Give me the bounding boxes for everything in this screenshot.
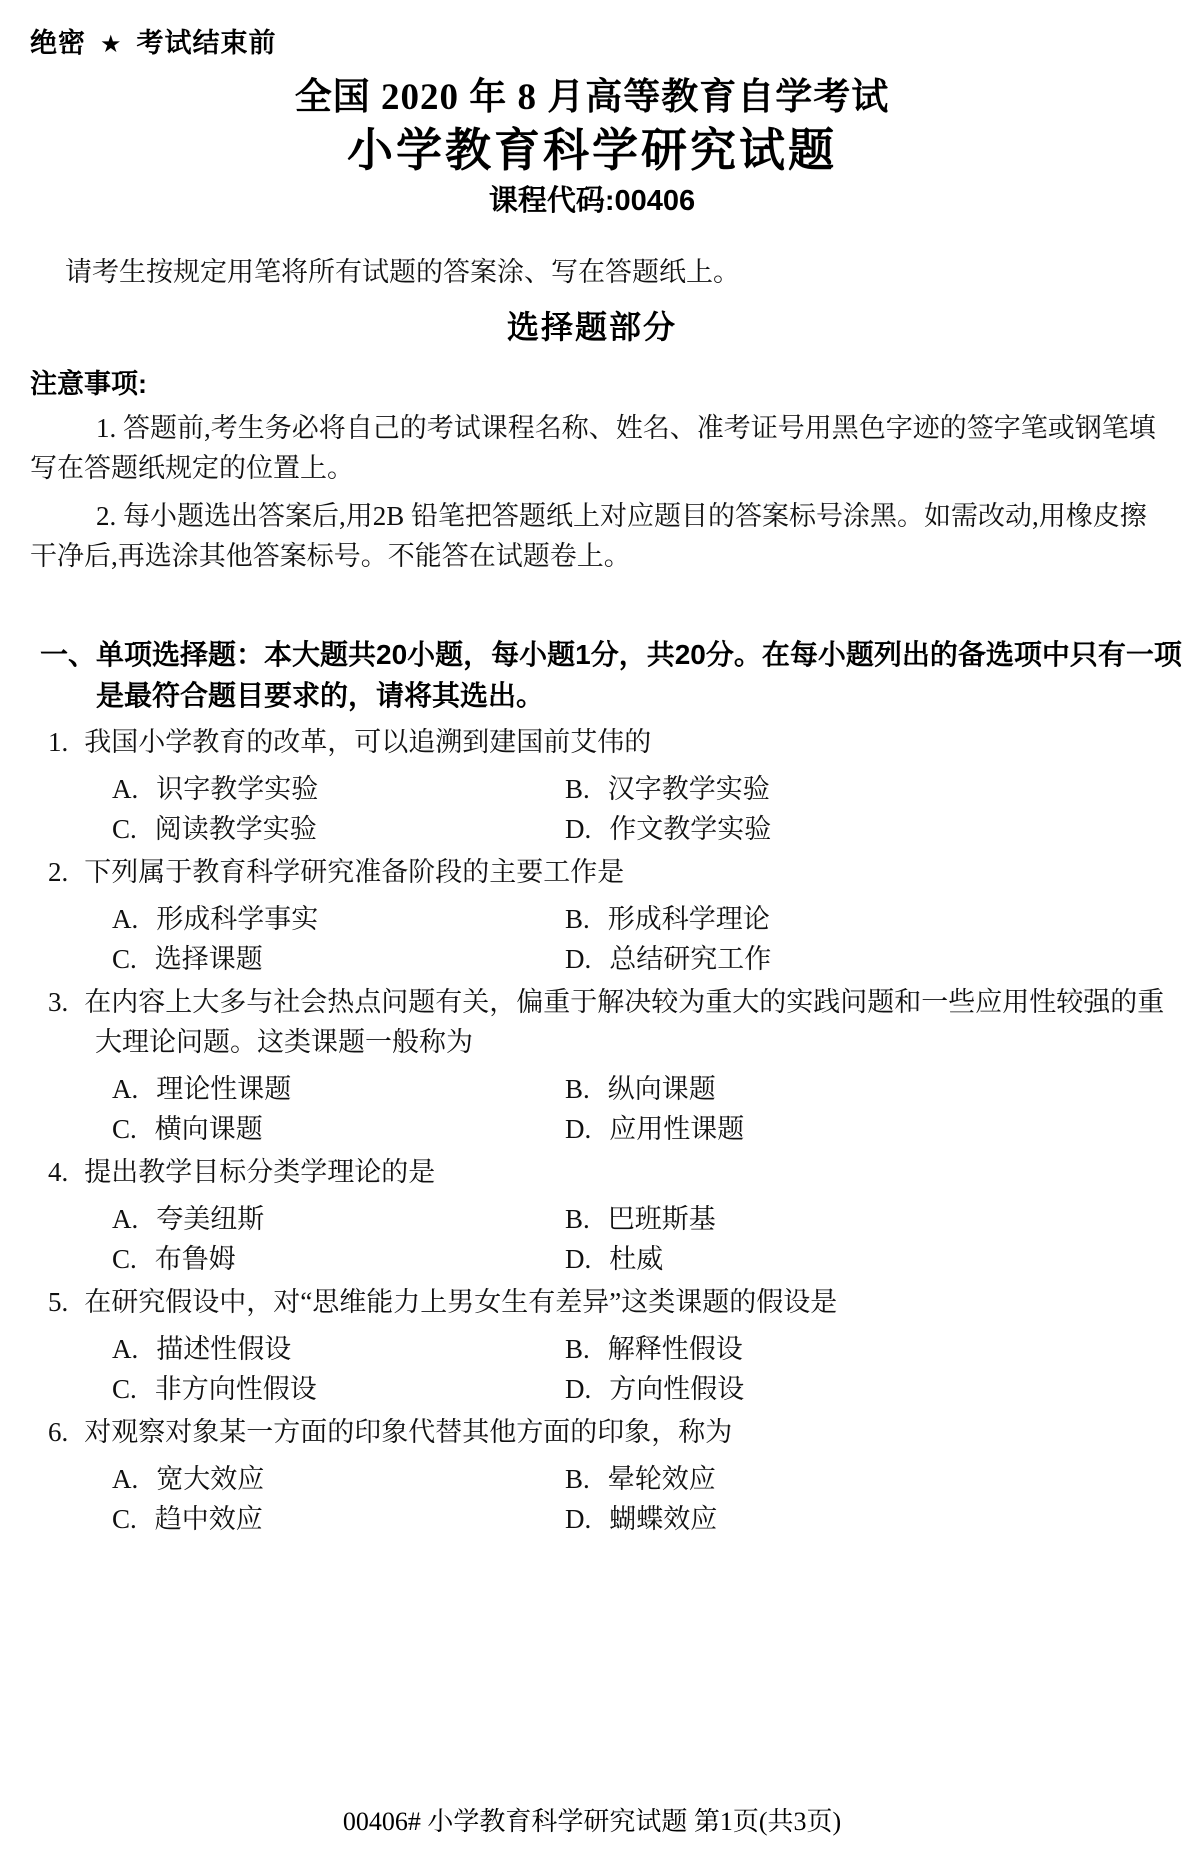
question-item-1: 1.我国小学教育的改革，可以追溯到建国前艾伟的 A.识字教学实验 B.汉字教学实… [48, 722, 1184, 849]
question-item-4: 4.提出教学目标分类学理论的是 A.夸美纽斯 B.巴班斯基 C.布鲁姆 D.杜威 [48, 1152, 1184, 1279]
note-item-2: 2. 每小题选出答案后,用2B 铅笔把答题纸上对应题目的答案标号涂黑。如需改动,… [30, 496, 1156, 576]
option-b: B.解释性假设 [565, 1329, 1184, 1369]
question-text: 我国小学教育的改革，可以追溯到建国前艾伟的 [84, 727, 651, 757]
question-number: 4. [48, 1157, 68, 1187]
option-grid: A.描述性假设 B.解释性假设 C.非方向性假设 D.方向性假设 [112, 1329, 1184, 1409]
option-text: 解释性假设 [608, 1334, 743, 1364]
option-letter: D. [565, 1374, 591, 1404]
option-letter: D. [565, 1114, 591, 1144]
answer-instruction: 请考生按规定用笔将所有试题的答案涂、写在答题纸上。 [65, 254, 1154, 290]
option-letter: A. [112, 1204, 138, 1234]
option-d: D.作文教学实验 [565, 809, 1184, 849]
question-list: 1.我国小学教育的改革，可以追溯到建国前艾伟的 A.识字教学实验 B.汉字教学实… [48, 722, 1184, 1539]
option-text: 应用性课题 [609, 1114, 744, 1144]
option-text: 蝴蝶效应 [609, 1504, 717, 1534]
section-heading-number: 一、 [40, 639, 96, 670]
option-text: 非方向性假设 [155, 1374, 317, 1404]
option-text: 晕轮效应 [608, 1464, 716, 1494]
option-c: C.选择课题 [112, 939, 565, 979]
option-letter: C. [112, 814, 137, 844]
option-d: D.应用性课题 [565, 1109, 1184, 1149]
option-letter: A. [112, 1074, 138, 1104]
option-letter: C. [112, 1114, 137, 1144]
option-letter: D. [565, 944, 591, 974]
option-text: 总结研究工作 [609, 944, 771, 974]
question-item-5: 5.在研究假设中，对“思维能力上男女生有差异”这类课题的假设是 A.描述性假设 … [48, 1282, 1184, 1409]
option-text: 宽大效应 [156, 1464, 264, 1494]
classification-timing: 考试结束前 [137, 28, 277, 58]
option-a: A.夸美纽斯 [112, 1199, 565, 1239]
question-text: 在内容上大多与社会热点问题有关，偏重于解决较为重大的实践问题和一些应用性较强的重… [84, 987, 1164, 1057]
question-item-6: 6.对观察对象某一方面的印象代替其他方面的印象，称为 A.宽大效应 B.晕轮效应… [48, 1412, 1184, 1539]
option-c: C.横向课题 [112, 1109, 565, 1149]
option-letter: D. [565, 814, 591, 844]
notes-title: 注意事项: [30, 368, 1184, 400]
question-stem: 4.提出教学目标分类学理论的是 [48, 1152, 1184, 1192]
star-icon: ★ [100, 31, 123, 58]
question-number: 6. [48, 1417, 68, 1447]
option-letter: B. [565, 1074, 590, 1104]
question-item-3: 3.在内容上大多与社会热点问题有关，偏重于解决较为重大的实践问题和一些应用性较强… [48, 982, 1184, 1149]
question-stem: 1.我国小学教育的改革，可以追溯到建国前艾伟的 [48, 722, 1184, 762]
option-text: 阅读教学实验 [155, 814, 317, 844]
option-b: B.巴班斯基 [565, 1199, 1184, 1239]
option-text: 巴班斯基 [608, 1204, 716, 1234]
option-letter: B. [565, 904, 590, 934]
question-text: 下列属于教育科学研究准备阶段的主要工作是 [84, 857, 624, 887]
option-letter: C. [112, 944, 137, 974]
option-a: A.宽大效应 [112, 1459, 565, 1499]
option-text: 夸美纽斯 [156, 1204, 264, 1234]
option-letter: D. [565, 1244, 591, 1274]
option-c: C.布鲁姆 [112, 1239, 565, 1279]
question-stem: 6.对观察对象某一方面的印象代替其他方面的印象，称为 [48, 1412, 1184, 1452]
option-grid: A.形成科学事实 B.形成科学理论 C.选择课题 D.总结研究工作 [112, 899, 1184, 979]
option-d: D.总结研究工作 [565, 939, 1184, 979]
option-text: 形成科学事实 [156, 904, 318, 934]
section-part-title: 选择题部分 [0, 308, 1184, 346]
exam-paper-page: { "classification": { "level": "绝密", "st… [0, 0, 1184, 1861]
option-text: 布鲁姆 [155, 1244, 236, 1274]
option-grid: A.宽大效应 B.晕轮效应 C.趋中效应 D.蝴蝶效应 [112, 1459, 1184, 1539]
question-number: 5. [48, 1287, 68, 1317]
question-number: 3. [48, 987, 68, 1017]
option-text: 横向课题 [155, 1114, 263, 1144]
option-letter: A. [112, 774, 138, 804]
option-c: C.非方向性假设 [112, 1369, 565, 1409]
option-d: D.方向性假设 [565, 1369, 1184, 1409]
option-letter: C. [112, 1504, 137, 1534]
option-text: 理论性课题 [156, 1074, 291, 1104]
question-stem: 3.在内容上大多与社会热点问题有关，偏重于解决较为重大的实践问题和一些应用性较强… [48, 982, 1184, 1062]
question-text: 对观察对象某一方面的印象代替其他方面的印象，称为 [84, 1417, 732, 1447]
option-grid: A.夸美纽斯 B.巴班斯基 C.布鲁姆 D.杜威 [112, 1199, 1184, 1279]
option-text: 识字教学实验 [156, 774, 318, 804]
option-d: D.蝴蝶效应 [565, 1499, 1184, 1539]
course-code: 课程代码:00406 [0, 184, 1184, 218]
question-number: 1. [48, 727, 68, 757]
option-text: 选择课题 [155, 944, 263, 974]
option-a: A.描述性假设 [112, 1329, 565, 1369]
option-c: C.趋中效应 [112, 1499, 565, 1539]
note-item-1: 1. 答题前,考生务必将自己的考试课程名称、姓名、准考证号用黑色字迹的签字笔或钢… [30, 408, 1156, 488]
option-a: A.识字教学实验 [112, 769, 565, 809]
option-text: 描述性假设 [156, 1334, 291, 1364]
option-d: D.杜威 [565, 1239, 1184, 1279]
option-a: A.形成科学事实 [112, 899, 565, 939]
option-letter: C. [112, 1244, 137, 1274]
question-text: 提出教学目标分类学理论的是 [84, 1157, 435, 1187]
page-footer: 00406# 小学教育科学研究试题 第1页(共3页) [0, 1806, 1184, 1838]
section-one-heading: 一、单项选择题：本大题共20小题，每小题1分，共20分。在每小题列出的备选项中只… [40, 634, 1184, 716]
option-letter: D. [565, 1504, 591, 1534]
option-text: 作文教学实验 [609, 814, 771, 844]
option-a: A.理论性课题 [112, 1069, 565, 1109]
paper-title: 小学教育科学研究试题 [0, 122, 1184, 178]
exam-session-title: 全国 2020 年 8 月高等教育自学考试 [0, 76, 1184, 120]
option-letter: B. [565, 1464, 590, 1494]
option-letter: A. [112, 1334, 138, 1364]
option-b: B.晕轮效应 [565, 1459, 1184, 1499]
option-letter: A. [112, 904, 138, 934]
option-text: 形成科学理论 [608, 904, 770, 934]
option-b: B.形成科学理论 [565, 899, 1184, 939]
option-letter: B. [565, 1204, 590, 1234]
classification-level: 绝密 [30, 28, 86, 58]
option-b: B.汉字教学实验 [565, 769, 1184, 809]
question-text: 在研究假设中，对“思维能力上男女生有差异”这类课题的假设是 [84, 1287, 837, 1317]
question-stem: 5.在研究假设中，对“思维能力上男女生有差异”这类课题的假设是 [48, 1282, 1184, 1322]
option-grid: A.识字教学实验 B.汉字教学实验 C.阅读教学实验 D.作文教学实验 [112, 769, 1184, 849]
option-letter: A. [112, 1464, 138, 1494]
option-grid: A.理论性课题 B.纵向课题 C.横向课题 D.应用性课题 [112, 1069, 1184, 1149]
question-number: 2. [48, 857, 68, 887]
option-letter: C. [112, 1374, 137, 1404]
option-c: C.阅读教学实验 [112, 809, 565, 849]
question-stem: 2.下列属于教育科学研究准备阶段的主要工作是 [48, 852, 1184, 892]
classification-banner: 绝密★考试结束前 [30, 28, 1184, 60]
option-text: 趋中效应 [155, 1504, 263, 1534]
option-text: 汉字教学实验 [608, 774, 770, 804]
option-letter: B. [565, 774, 590, 804]
option-letter: B. [565, 1334, 590, 1364]
section-heading-text: 单项选择题：本大题共20小题，每小题1分，共20分。在每小题列出的备选项中只有一… [96, 639, 1182, 711]
option-text: 方向性假设 [609, 1374, 744, 1404]
question-item-2: 2.下列属于教育科学研究准备阶段的主要工作是 A.形成科学事实 B.形成科学理论… [48, 852, 1184, 979]
option-text: 纵向课题 [608, 1074, 716, 1104]
option-b: B.纵向课题 [565, 1069, 1184, 1109]
option-text: 杜威 [609, 1244, 663, 1274]
